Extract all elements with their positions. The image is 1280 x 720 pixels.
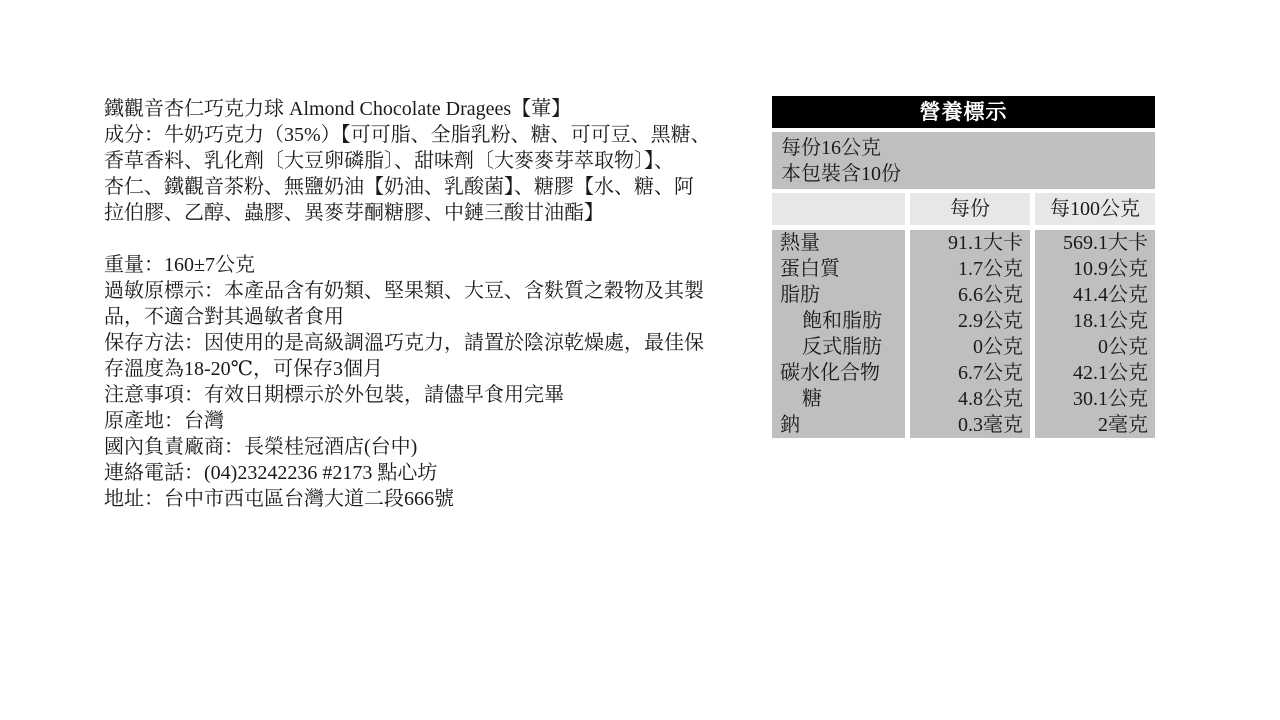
product-text-line: 成分：牛奶巧克力（35%）【可可脂、全脂乳粉、糖、可可豆、黑糖、 (104, 122, 784, 148)
per-100g-value: 41.4公克 (1035, 282, 1155, 308)
per-100g-value: 10.9公克 (1035, 256, 1155, 282)
product-info-text: 鐵觀音杏仁巧克力球 Almond Chocolate Dragees【葷】成分：… (104, 96, 784, 512)
nutrient-label: 蛋白質 (772, 256, 905, 282)
product-text-line: 拉伯膠、乙醇、蟲膠、異麥芽酮糖膠、中鏈三酸甘油酯】 (104, 200, 784, 226)
nutrient-label: 碳水化合物 (772, 360, 905, 386)
product-text-line: 過敏原標示：本產品含有奶類、堅果類、大豆、含麩質之穀物及其製 (104, 278, 784, 304)
nutrition-rows: 熱量91.1大卡569.1大卡蛋白質1.7公克10.9公克脂肪6.6公克41.4… (772, 230, 1155, 438)
serving-size: 每份16公克 (781, 135, 1155, 161)
per-100g-value: 2毫克 (1035, 412, 1155, 438)
nutrient-label: 反式脂肪 (772, 334, 905, 360)
product-text-line: 注意事項：有效日期標示於外包裝，請儘早食用完畢 (104, 382, 784, 408)
nutrient-label: 脂肪 (772, 282, 905, 308)
per-serving-value: 1.7公克 (910, 256, 1030, 282)
per-serving-value: 91.1大卡 (910, 230, 1030, 256)
per-100g-value: 18.1公克 (1035, 308, 1155, 334)
nutrition-row: 鈉0.3毫克2毫克 (772, 412, 1155, 438)
servings-per-package: 本包裝含10份 (781, 161, 1155, 187)
column-header-empty-cell (772, 193, 905, 225)
product-text-line: 品，不適合對其過敏者食用 (104, 304, 784, 330)
per-100g-value: 42.1公克 (1035, 360, 1155, 386)
nutrition-row: 糖4.8公克30.1公克 (772, 386, 1155, 412)
product-text-line: 連絡電話：(04)23242236 #2173 點心坊 (104, 460, 784, 486)
nutrition-row: 熱量91.1大卡569.1大卡 (772, 230, 1155, 256)
per-serving-value: 4.8公克 (910, 386, 1030, 412)
per-100g-value: 569.1大卡 (1035, 230, 1155, 256)
per-serving-value: 0.3毫克 (910, 412, 1030, 438)
per-100g-value: 30.1公克 (1035, 386, 1155, 412)
nutrient-label: 飽和脂肪 (772, 308, 905, 334)
product-text-line: 鐵觀音杏仁巧克力球 Almond Chocolate Dragees【葷】 (104, 96, 784, 122)
nutrition-table: 營養標示 每份16公克 本包裝含10份 每份 每100公克 熱量91.1大卡56… (772, 96, 1155, 438)
nutrition-row: 脂肪6.6公克41.4公克 (772, 282, 1155, 308)
product-text-line: 杏仁、鐵觀音茶粉、無鹽奶油【奶油、乳酸菌】、糖膠【水、糖、阿 (104, 174, 784, 200)
product-text-line: 重量：160±7公克 (104, 252, 784, 278)
nutrient-label: 糖 (772, 386, 905, 412)
per-serving-value: 6.6公克 (910, 282, 1030, 308)
product-text-line: 香草香料、乳化劑〔大豆卵磷脂〕、甜味劑〔大麥麥芽萃取物〕】、 (104, 148, 784, 174)
product-text-line (104, 226, 784, 252)
nutrition-table-title: 營養標示 (772, 96, 1155, 128)
product-text-line: 存溫度為18-20℃，可保存3個月 (104, 356, 784, 382)
product-text-line: 國內負責廠商：長榮桂冠酒店(台中) (104, 434, 784, 460)
per-serving-value: 6.7公克 (910, 360, 1030, 386)
per-serving-value: 2.9公克 (910, 308, 1030, 334)
nutrient-label: 鈉 (772, 412, 905, 438)
nutrition-row: 反式脂肪0公克0公克 (772, 334, 1155, 360)
column-header-per-serving: 每份 (910, 193, 1030, 225)
product-label-document: 鐵觀音杏仁巧克力球 Almond Chocolate Dragees【葷】成分：… (0, 0, 1280, 720)
nutrient-label: 熱量 (772, 230, 905, 256)
column-header-per-100g: 每100公克 (1035, 193, 1155, 225)
nutrition-row: 飽和脂肪2.9公克18.1公克 (772, 308, 1155, 334)
product-text-line: 保存方法：因使用的是高級調溫巧克力，請置於陰涼乾燥處，最佳保 (104, 330, 784, 356)
column-header-row: 每份 每100公克 (772, 193, 1155, 225)
per-100g-value: 0公克 (1035, 334, 1155, 360)
nutrition-row: 蛋白質1.7公克10.9公克 (772, 256, 1155, 282)
serving-info: 每份16公克 本包裝含10份 (772, 132, 1155, 189)
product-text-line: 地址：台中市西屯區台灣大道二段666號 (104, 486, 784, 512)
nutrition-row: 碳水化合物6.7公克42.1公克 (772, 360, 1155, 386)
product-text-line: 原產地：台灣 (104, 408, 784, 434)
per-serving-value: 0公克 (910, 334, 1030, 360)
